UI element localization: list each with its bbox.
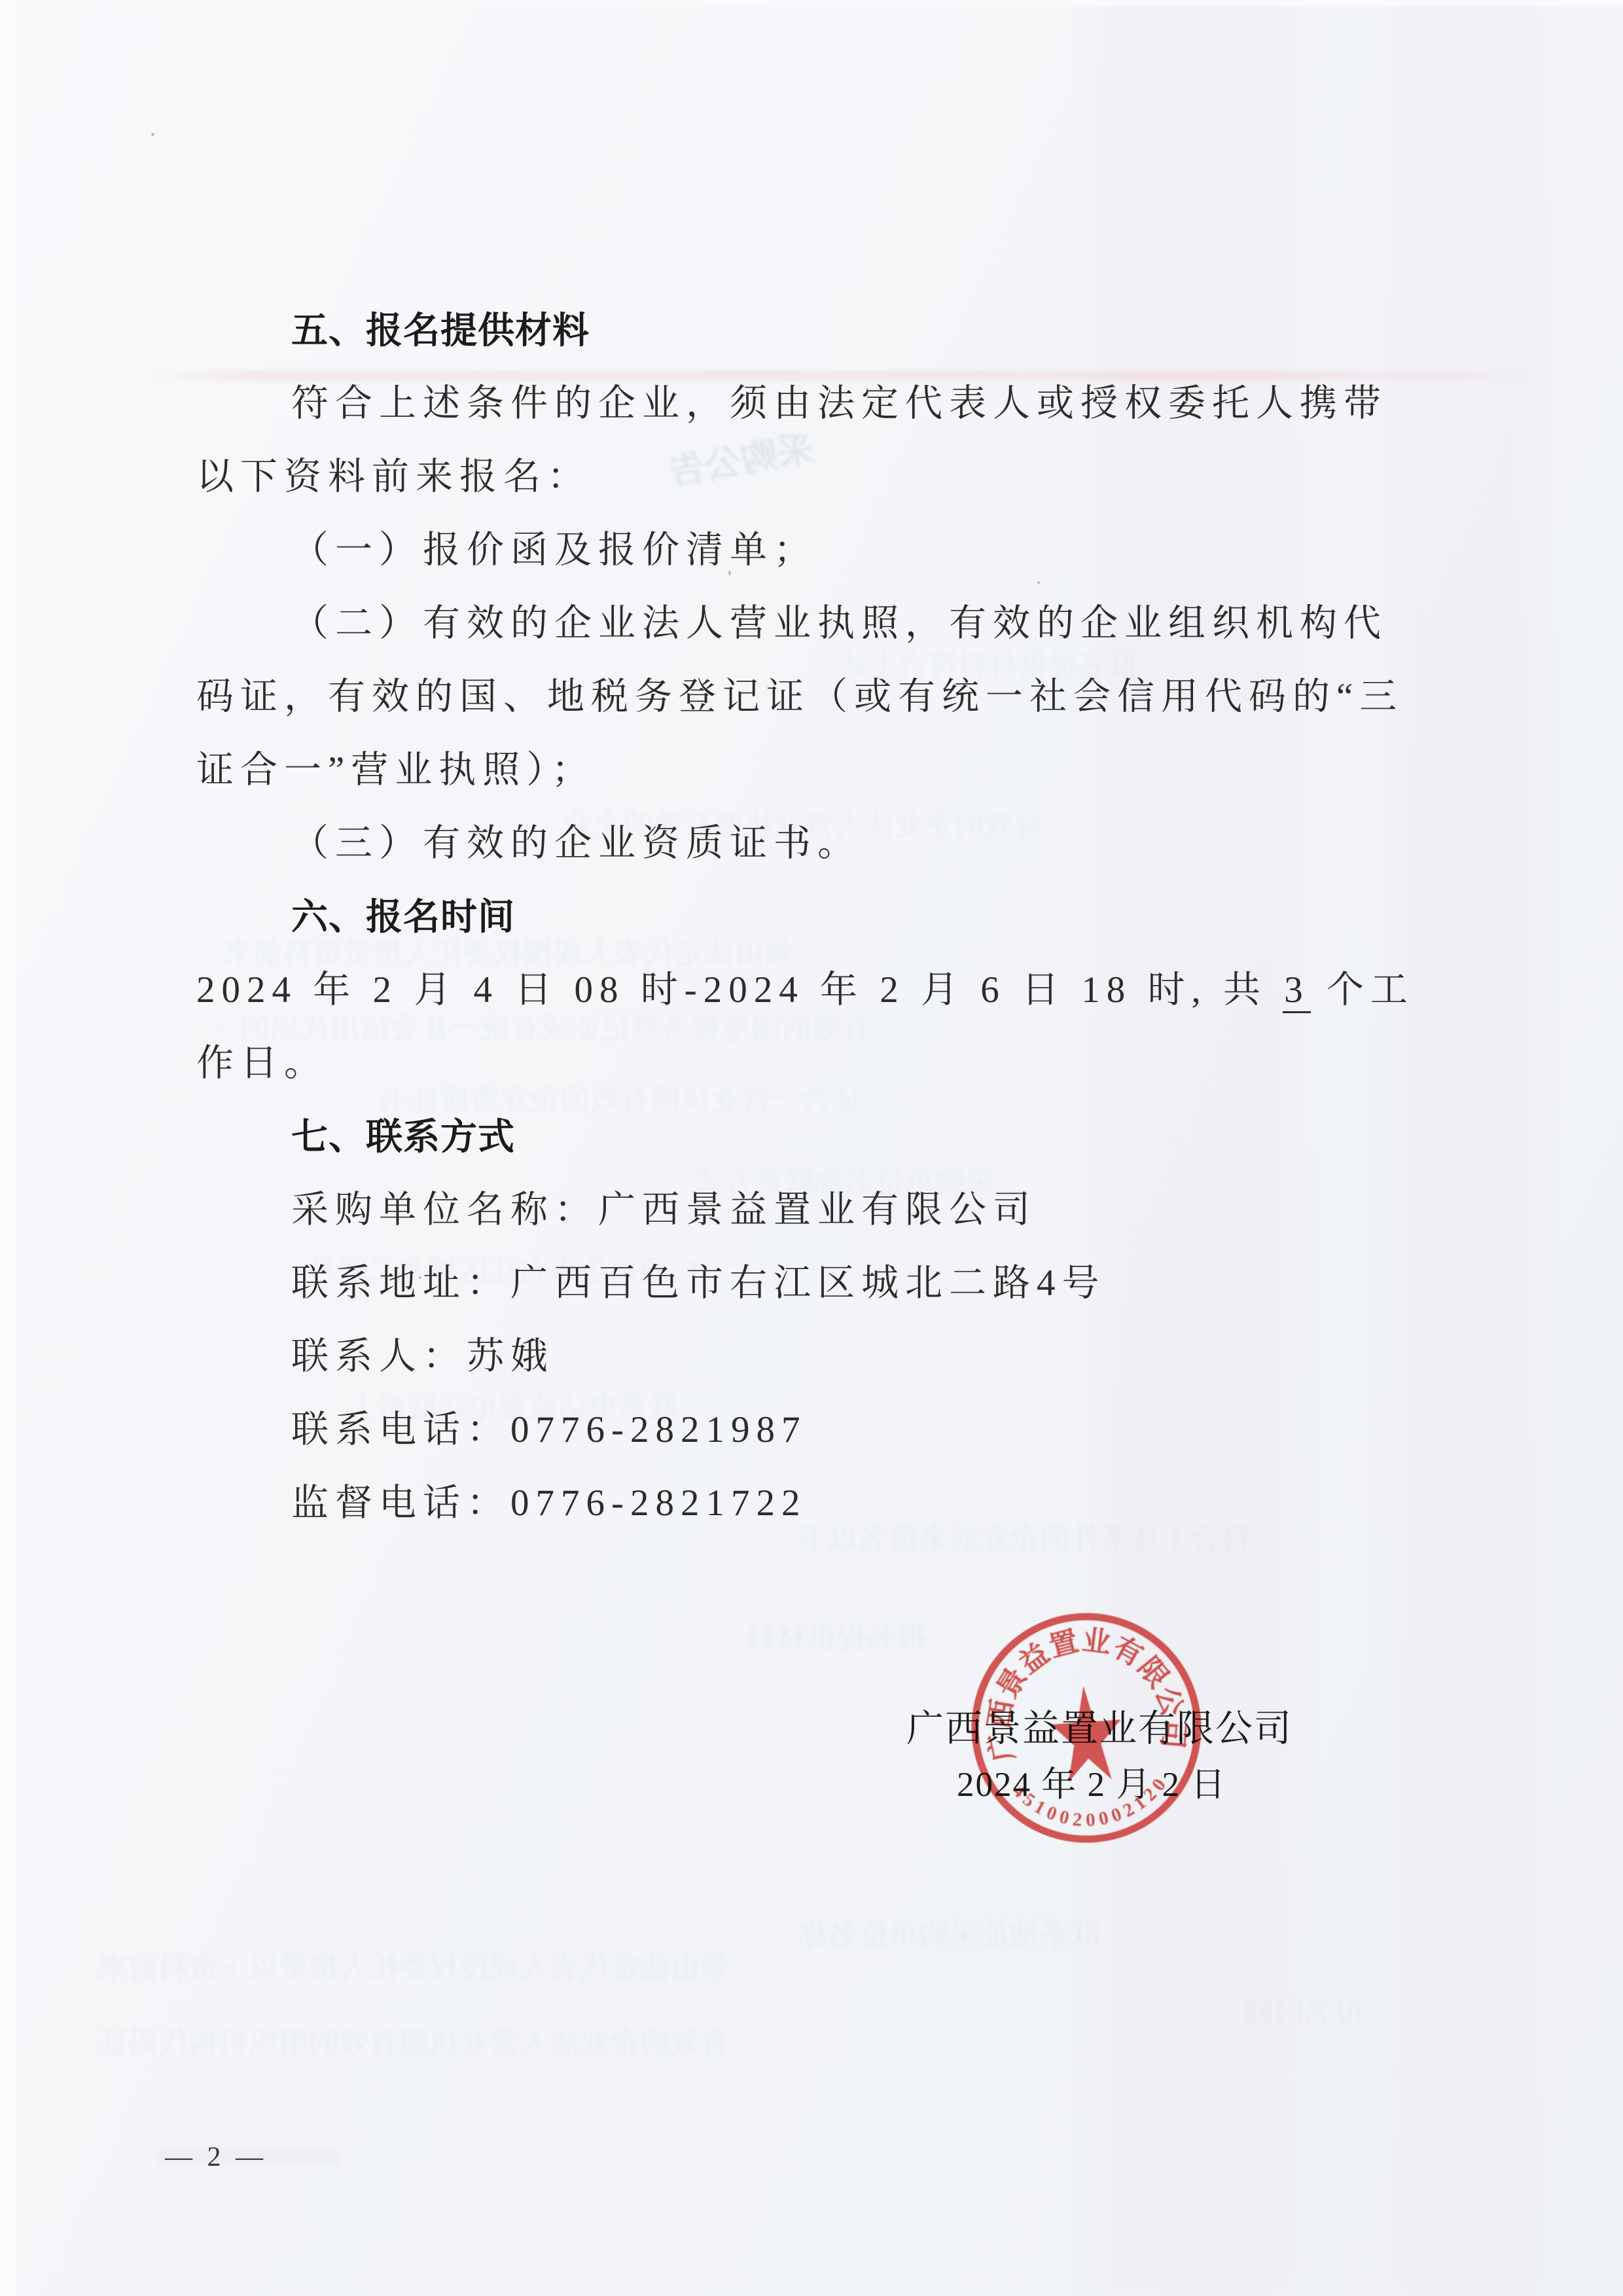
section-heading: 七、联系方式 — [196, 1100, 1440, 1174]
bleed-through-text: 报名时间 — [1243, 1990, 1364, 2033]
bleed-through-text: 联系地址采购单位名称 — [798, 1911, 1099, 1954]
scan-edge — [0, 0, 16, 2296]
text-line: （三）有效的企业资质证书。 — [196, 807, 1440, 880]
text-line: 作日。 — [196, 1027, 1440, 1100]
text-line: 符合上述条件的企业，须由法定代表人或授权委托人携带 — [196, 367, 1440, 440]
text-line: 联系地址：广西百色市右江区城北二路4号 — [196, 1247, 1440, 1320]
document-body: 五、报名提供材料符合上述条件的企业，须由法定代表人或授权委托人携带以下资料前来报… — [196, 294, 1440, 1540]
text-line: 联系电话：0776-2821987 — [196, 1393, 1440, 1467]
text-line: （二）有效的企业法人营业执照，有效的企业组织机构代 — [196, 587, 1440, 660]
text-line: 监督电话：0776-2821722 — [196, 1467, 1440, 1540]
text-line: 2024 年 2 月 4 日 08 时-2024 年 2 月 6 日 18 时,… — [196, 954, 1440, 1027]
section-heading: 六、报名时间 — [196, 880, 1440, 954]
text-line: 以下资料前来报名： — [196, 440, 1440, 514]
text-line: 证合一”营业执照）； — [196, 734, 1440, 807]
page-number: — 2 — — [165, 2132, 267, 2182]
text-line: 采购单位名称：广西景益置业有限公司 — [196, 1174, 1440, 1247]
text-segment: 个工 — [1311, 969, 1414, 1011]
scan-edge — [0, 0, 1623, 7]
section-heading: 五、报名提供材料 — [196, 294, 1440, 367]
bleed-through-text: 须由法定代表人或授权委托人携带以下资料前来 — [98, 1944, 730, 1987]
bleed-through-text: 报名提供材料 — [746, 1613, 927, 1657]
text-line: 联系人：苏娥 — [196, 1320, 1440, 1393]
underlined-number: 3 — [1283, 969, 1311, 1013]
text-segment: 2024 年 2 月 4 日 08 时-2024 年 2 月 6 日 18 时,… — [196, 969, 1283, 1011]
text-line: 码证，有效的国、地税务登记证（或有统一社会信用代码的“三 — [196, 660, 1440, 734]
company-seal: 广西景益置业有限公司 4510020002120 — [940, 1581, 1233, 1874]
text-line: （一）报价函及报价清单； — [196, 514, 1440, 587]
scanned-document-page: 采购公告报名提供材料符合上述有效的企业法人营业执照有效的企业须由法定代表人或授权… — [0, 0, 1623, 2296]
scan-speck — [151, 133, 154, 136]
star-icon — [1048, 1683, 1125, 1783]
bleed-through-text: 有效的企业法人营业执照有效的组织机构代码证 — [98, 2019, 730, 2062]
